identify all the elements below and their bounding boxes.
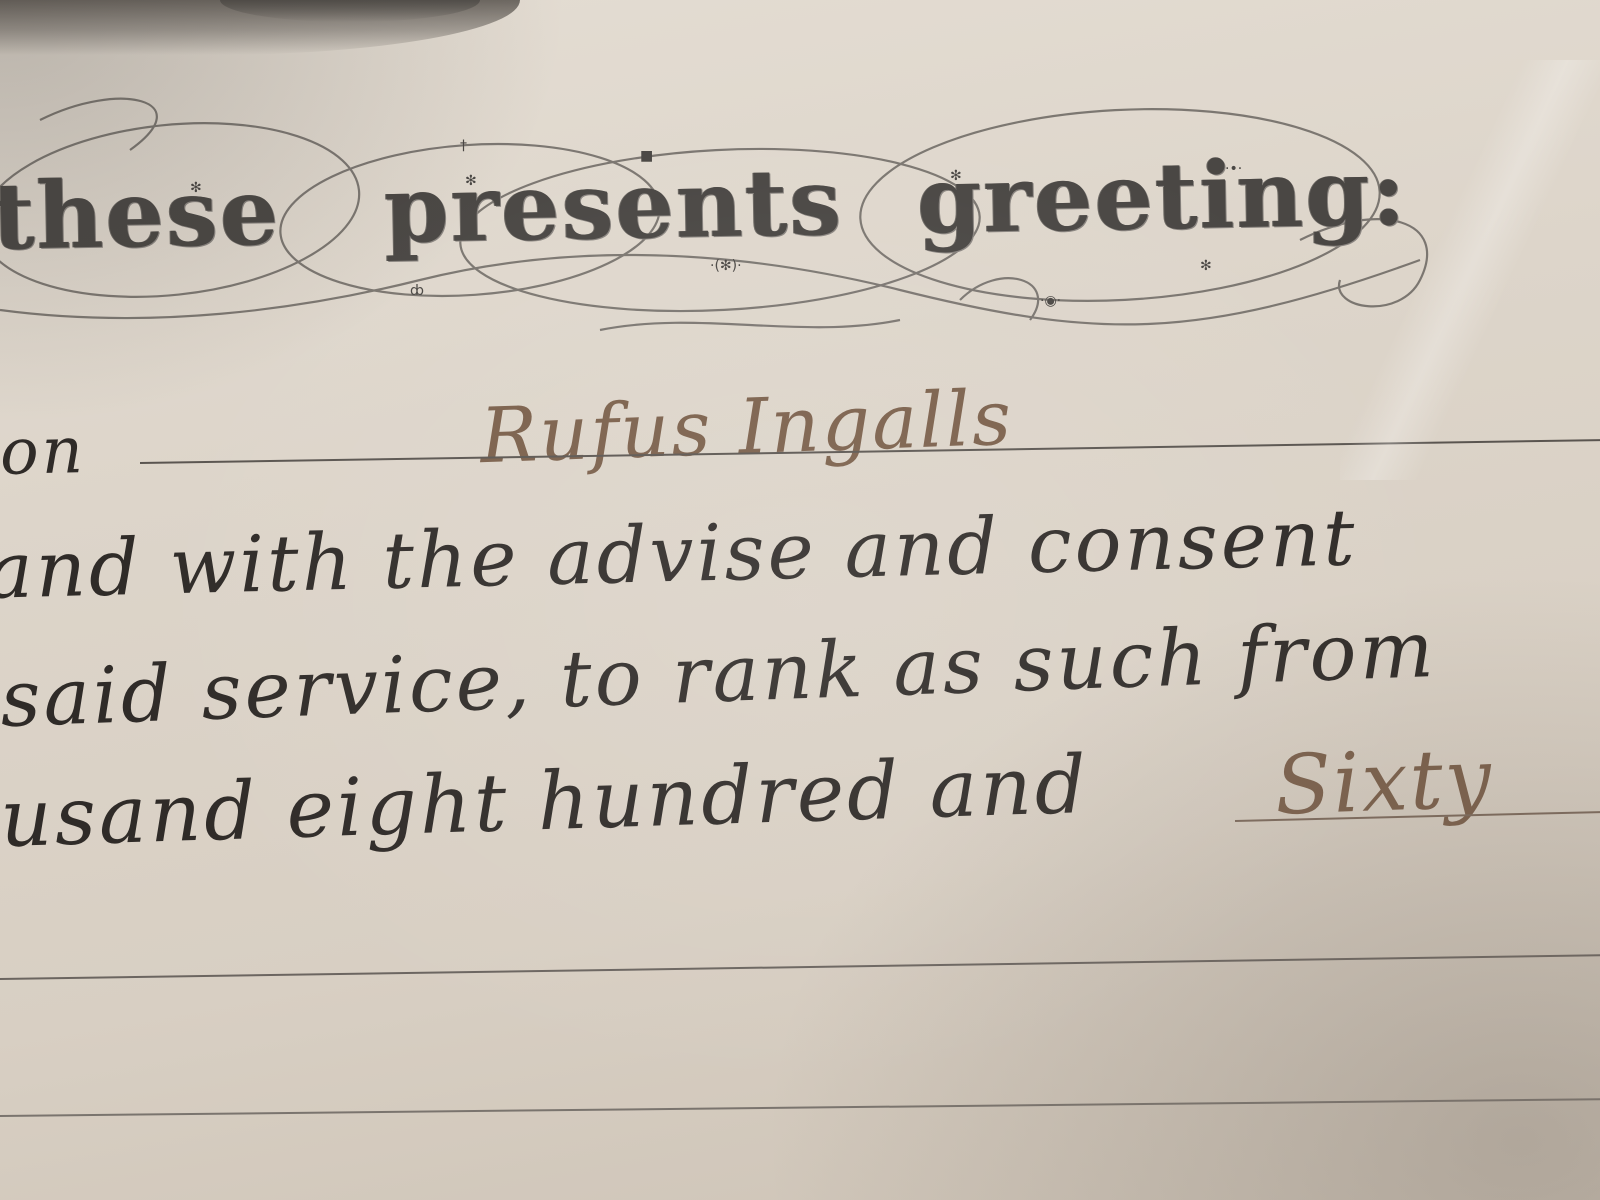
svg-text:·(✻)·: ·(✻)· xyxy=(710,258,742,274)
heading-word-these: these xyxy=(0,158,281,271)
svg-text:†: † xyxy=(460,138,467,154)
heading-word-greeting: greeting: xyxy=(916,138,1408,255)
heading-word-presents: presents xyxy=(383,148,844,264)
body-line-3: said service, to rank as such from xyxy=(0,605,1438,745)
recipient-name: Rufus Ingalls xyxy=(479,373,1015,481)
svg-text:·◉·: ·◉· xyxy=(1040,293,1061,309)
body-line-2: and with the advise and consent xyxy=(0,493,1359,616)
glass-glare xyxy=(1340,60,1600,480)
body-line-1: on xyxy=(0,414,87,490)
svg-text:✻: ✻ xyxy=(1200,258,1212,274)
blank-ruled-line xyxy=(0,954,1600,980)
svg-text:ȸ: ȸ xyxy=(410,283,424,299)
blank-ruled-line xyxy=(0,1098,1600,1116)
body-line-4: usand eight hundred and xyxy=(0,738,1090,865)
